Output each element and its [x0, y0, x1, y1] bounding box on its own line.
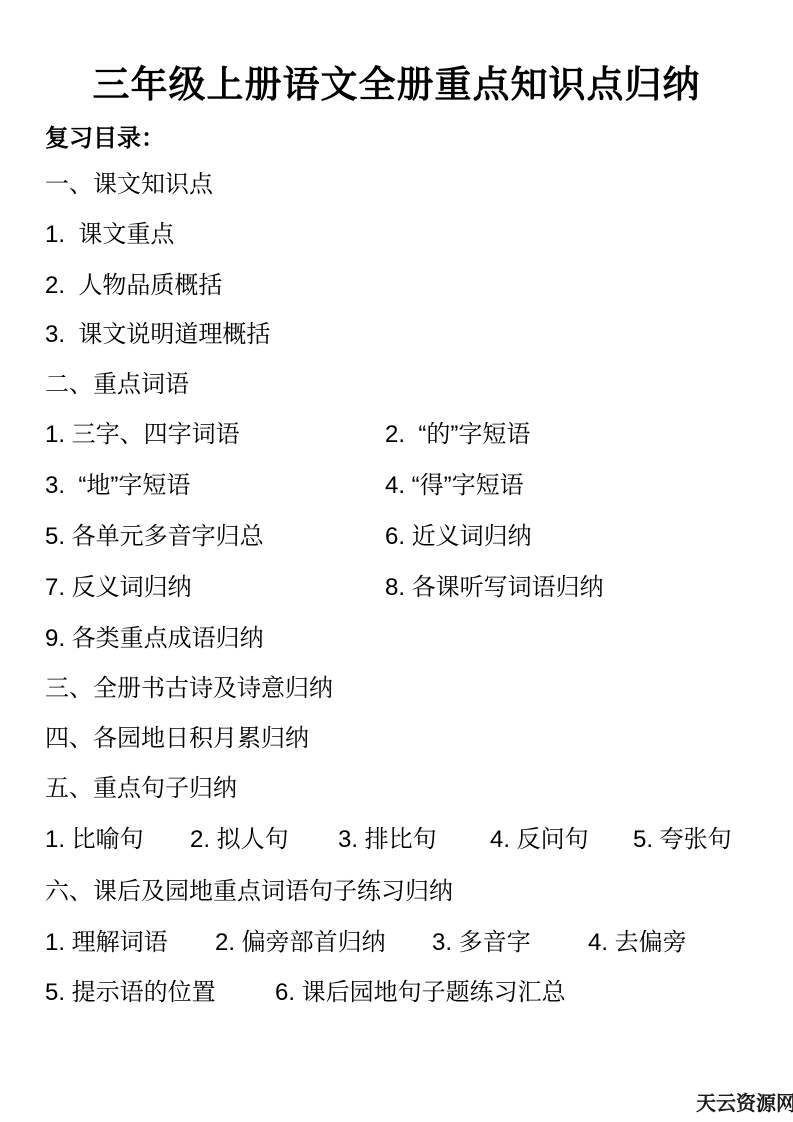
toc-line: 1. 课文重点	[0, 214, 793, 246]
document-page: 三年级上册语文全册重点知识点归纳 复习目录： 一、课文知识点 1. 课文重点 2…	[0, 0, 793, 1122]
toc-item: 4. 反问句	[490, 819, 589, 854]
toc-line: 7. 反义词归纳 8. 各课听写词语归纳	[0, 567, 793, 599]
toc-item: 3. “地”字短语	[45, 465, 190, 500]
toc-line: 1. 比喻句 2. 拟人句 3. 排比句 4. 反问句 5. 夸张句	[0, 819, 793, 851]
toc-item: 3. 排比句	[338, 819, 437, 854]
toc-item: 6. 近义词归纳	[385, 516, 532, 551]
document-title: 三年级上册语文全册重点知识点归纳	[0, 54, 793, 108]
toc-line: 3. “地”字短语 4. “得”字短语	[0, 465, 793, 497]
toc-item: 3. 多音字	[432, 922, 531, 957]
toc-section-heading: 四、各园地日积月累归纳	[45, 718, 309, 753]
toc-item: 5. 夸张句	[633, 819, 732, 854]
toc-item: 8. 各课听写词语归纳	[385, 567, 604, 602]
toc-section-heading: 一、课文知识点	[45, 164, 213, 199]
toc-item: 7. 反义词归纳	[45, 567, 192, 602]
toc-section-heading: 五、重点句子归纳	[45, 768, 237, 803]
watermark: 天云资源网	[696, 1087, 793, 1116]
toc-item: 2. 偏旁部首归纳	[215, 922, 386, 957]
toc-section-heading: 六、课后及园地重点词语句子练习归纳	[45, 871, 453, 906]
toc-item: 9. 各类重点成语归纳	[45, 618, 264, 653]
toc-section-heading-line: 四、各园地日积月累归纳	[0, 718, 793, 750]
toc-item: 3. 课文说明道理概括	[45, 314, 270, 349]
toc-section-heading: 三、全册书古诗及诗意归纳	[45, 668, 333, 703]
toc-line: 1. 三字、四字词语 2. “的”字短语	[0, 414, 793, 446]
toc-item: 2. 人物品质概括	[45, 265, 222, 300]
toc-section-heading-line: 六、课后及园地重点词语句子练习归纳	[0, 871, 793, 903]
toc-item: 4. “得”字短语	[385, 465, 524, 500]
toc-section-heading-line: 二、重点词语	[0, 364, 793, 396]
toc-item: 2. “的”字短语	[385, 414, 530, 449]
toc-label: 复习目录：	[45, 118, 165, 153]
toc-section-heading-line: 一、课文知识点	[0, 164, 793, 196]
toc-item: 1. 比喻句	[45, 819, 144, 854]
toc-section-heading-line: 五、重点句子归纳	[0, 768, 793, 800]
toc-line: 1. 理解词语 2. 偏旁部首归纳 3. 多音字 4. 去偏旁	[0, 922, 793, 954]
toc-section-heading: 二、重点词语	[45, 364, 189, 399]
toc-line: 2. 人物品质概括	[0, 265, 793, 297]
toc-line: 9. 各类重点成语归纳	[0, 618, 793, 650]
toc-line: 3. 课文说明道理概括	[0, 314, 793, 346]
toc-item: 5. 各单元多音字归总	[45, 516, 264, 551]
toc-item: 6. 课后园地句子题练习汇总	[275, 972, 566, 1007]
toc-item: 1. 三字、四字词语	[45, 414, 240, 449]
toc-line: 5. 提示语的位置 6. 课后园地句子题练习汇总	[0, 972, 793, 1004]
toc-item: 1. 理解词语	[45, 922, 168, 957]
toc-label-line: 复习目录：	[0, 118, 793, 150]
toc-line: 5. 各单元多音字归总 6. 近义词归纳	[0, 516, 793, 548]
toc-item: 2. 拟人句	[190, 819, 289, 854]
toc-item: 1. 课文重点	[45, 214, 174, 249]
toc-section-heading-line: 三、全册书古诗及诗意归纳	[0, 668, 793, 700]
toc-item: 4. 去偏旁	[588, 922, 687, 957]
toc-item: 5. 提示语的位置	[45, 972, 216, 1007]
